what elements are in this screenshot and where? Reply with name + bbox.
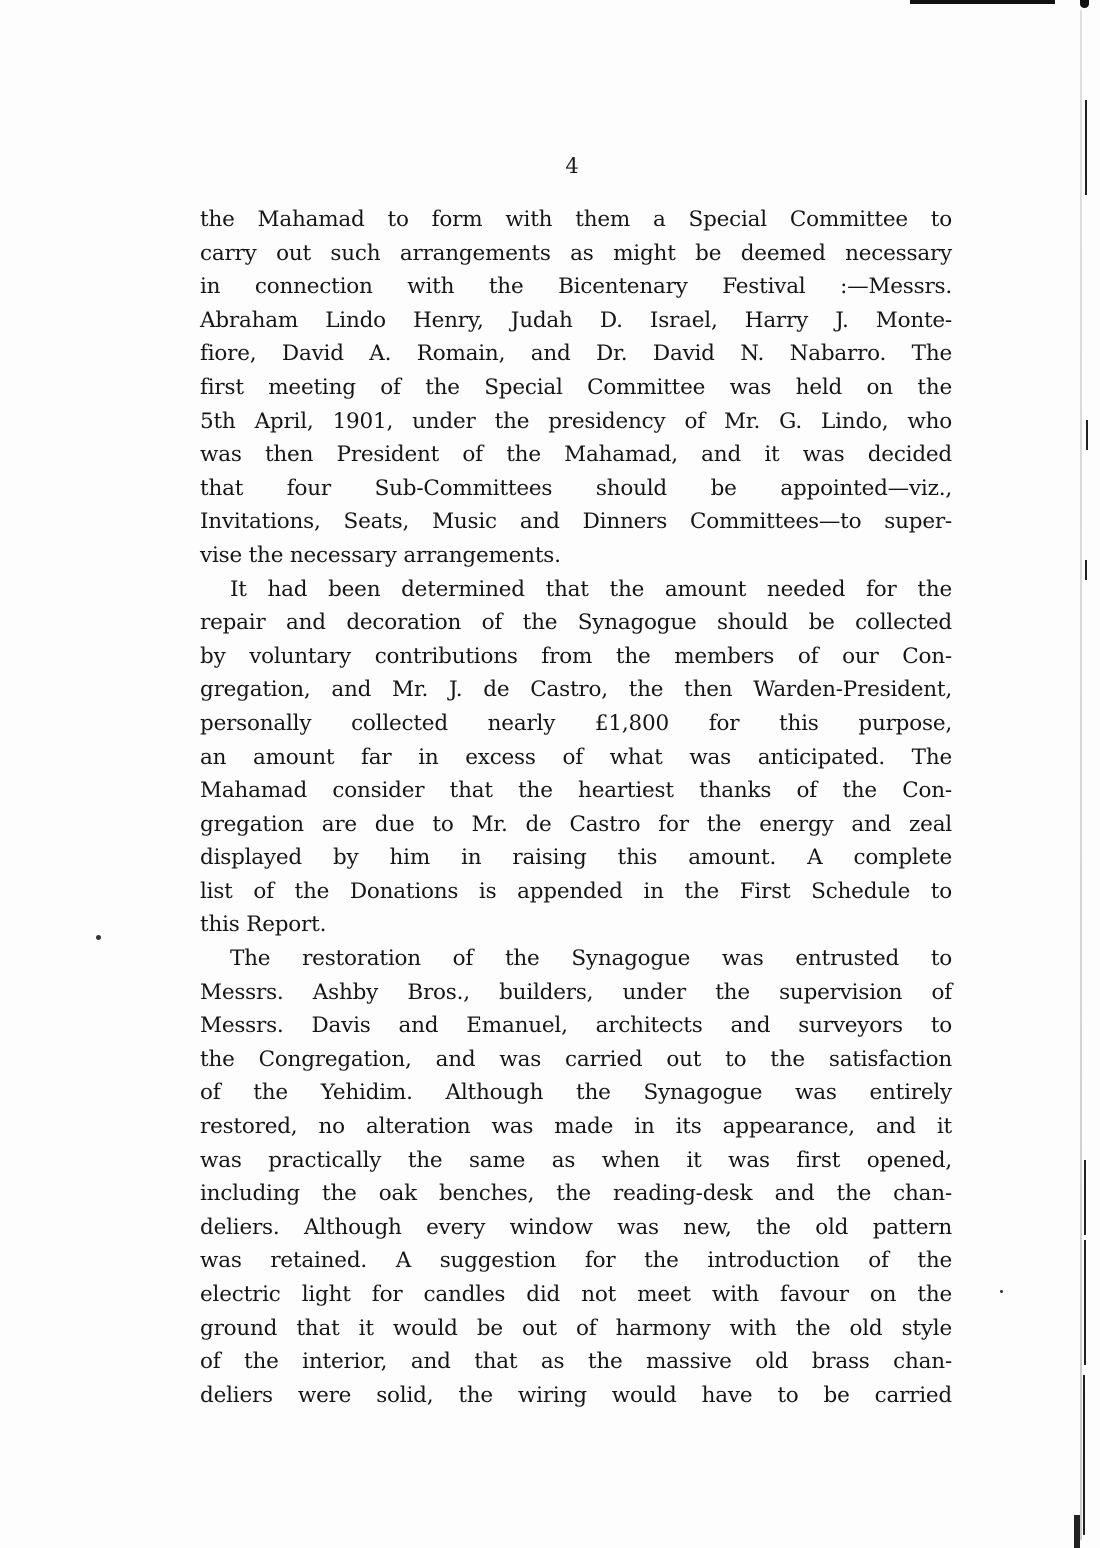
page-edge-mark (1085, 100, 1087, 195)
text-line: repair and decoration of the Synagogue s… (200, 606, 952, 640)
text-line: deliers. Although every window was new, … (200, 1211, 952, 1245)
text-line: this Report. (200, 908, 952, 942)
text-line: restored, no alteration was made in its … (200, 1110, 952, 1144)
text-line: was retained. A suggestion for the intro… (200, 1244, 952, 1278)
ink-speck (1000, 1290, 1003, 1293)
paragraph: the Mahamad to form with them a Special … (200, 203, 952, 573)
text-line: was then President of the Mahamad, and i… (200, 438, 952, 472)
text-line: It had been determined that the amount n… (200, 573, 952, 607)
text-line: Abraham Lindo Henry, Judah D. Israel, Ha… (200, 304, 952, 338)
text-line: displayed by him in raising this amount.… (200, 841, 952, 875)
text-line: of the interior, and that as the massive… (200, 1345, 952, 1379)
text-line: first meeting of the Special Committee w… (200, 371, 952, 405)
top-rule-scan-artifact (910, 0, 1055, 4)
body-text: the Mahamad to form with them a Special … (200, 203, 952, 1412)
text-line: the Mahamad to form with them a Special … (200, 203, 952, 237)
text-line: by voluntary contributions from the memb… (200, 640, 952, 674)
page-edge-shadow (1080, 10, 1082, 1540)
text-line: ground that it would be out of harmony w… (200, 1312, 952, 1346)
text-line: an amount far in excess of what was anti… (200, 741, 952, 775)
text-line: gregation, and Mr. J. de Castro, the the… (200, 673, 952, 707)
text-line: of the Yehidim. Although the Synagogue w… (200, 1076, 952, 1110)
page-edge-mark (1083, 1375, 1085, 1535)
text-line: Messrs. Ashby Bros., builders, under the… (200, 976, 952, 1010)
corner-mark-scan-artifact (1080, 0, 1089, 8)
text-line: 5th April, 1901, under the presidency of… (200, 405, 952, 439)
text-line: electric light for candles did not meet … (200, 1278, 952, 1312)
scanned-page: 4 the Mahamad to form with them a Specia… (0, 0, 1100, 1548)
page-edge-mark (1084, 1240, 1086, 1365)
ink-speck (96, 935, 101, 940)
text-line: vise the necessary arrangements. (200, 539, 952, 573)
text-line: gregation are due to Mr. de Castro for t… (200, 808, 952, 842)
text-line: that four Sub-Committees should be appoi… (200, 472, 952, 506)
text-line: list of the Donations is appended in the… (200, 875, 952, 909)
text-line: Messrs. Davis and Emanuel, architects an… (200, 1009, 952, 1043)
text-line: The restoration of the Synagogue was ent… (200, 942, 952, 976)
page-edge-mark (1084, 1160, 1086, 1235)
text-line: carry out such arrangements as might be … (200, 237, 952, 271)
page-edge-mark (1086, 420, 1088, 450)
text-line: the Congregation, and was carried out to… (200, 1043, 952, 1077)
text-line: personally collected nearly £1,800 for t… (200, 707, 952, 741)
text-line: was practically the same as when it was … (200, 1144, 952, 1178)
page-number: 4 (0, 154, 1100, 178)
page-edge-mark (1074, 1515, 1080, 1548)
paragraph: It had been determined that the amount n… (200, 573, 952, 943)
text-line: in connection with the Bicentenary Festi… (200, 270, 952, 304)
text-line: Invitations, Seats, Music and Dinners Co… (200, 505, 952, 539)
text-line: Mahamad consider that the heartiest than… (200, 774, 952, 808)
text-line: deliers were solid, the wiring would hav… (200, 1379, 952, 1413)
paragraph: The restoration of the Synagogue was ent… (200, 942, 952, 1412)
page-edge-mark (1085, 560, 1087, 580)
text-line: fiore, David A. Romain, and Dr. David N.… (200, 337, 952, 371)
text-line: including the oak benches, the reading-d… (200, 1177, 952, 1211)
